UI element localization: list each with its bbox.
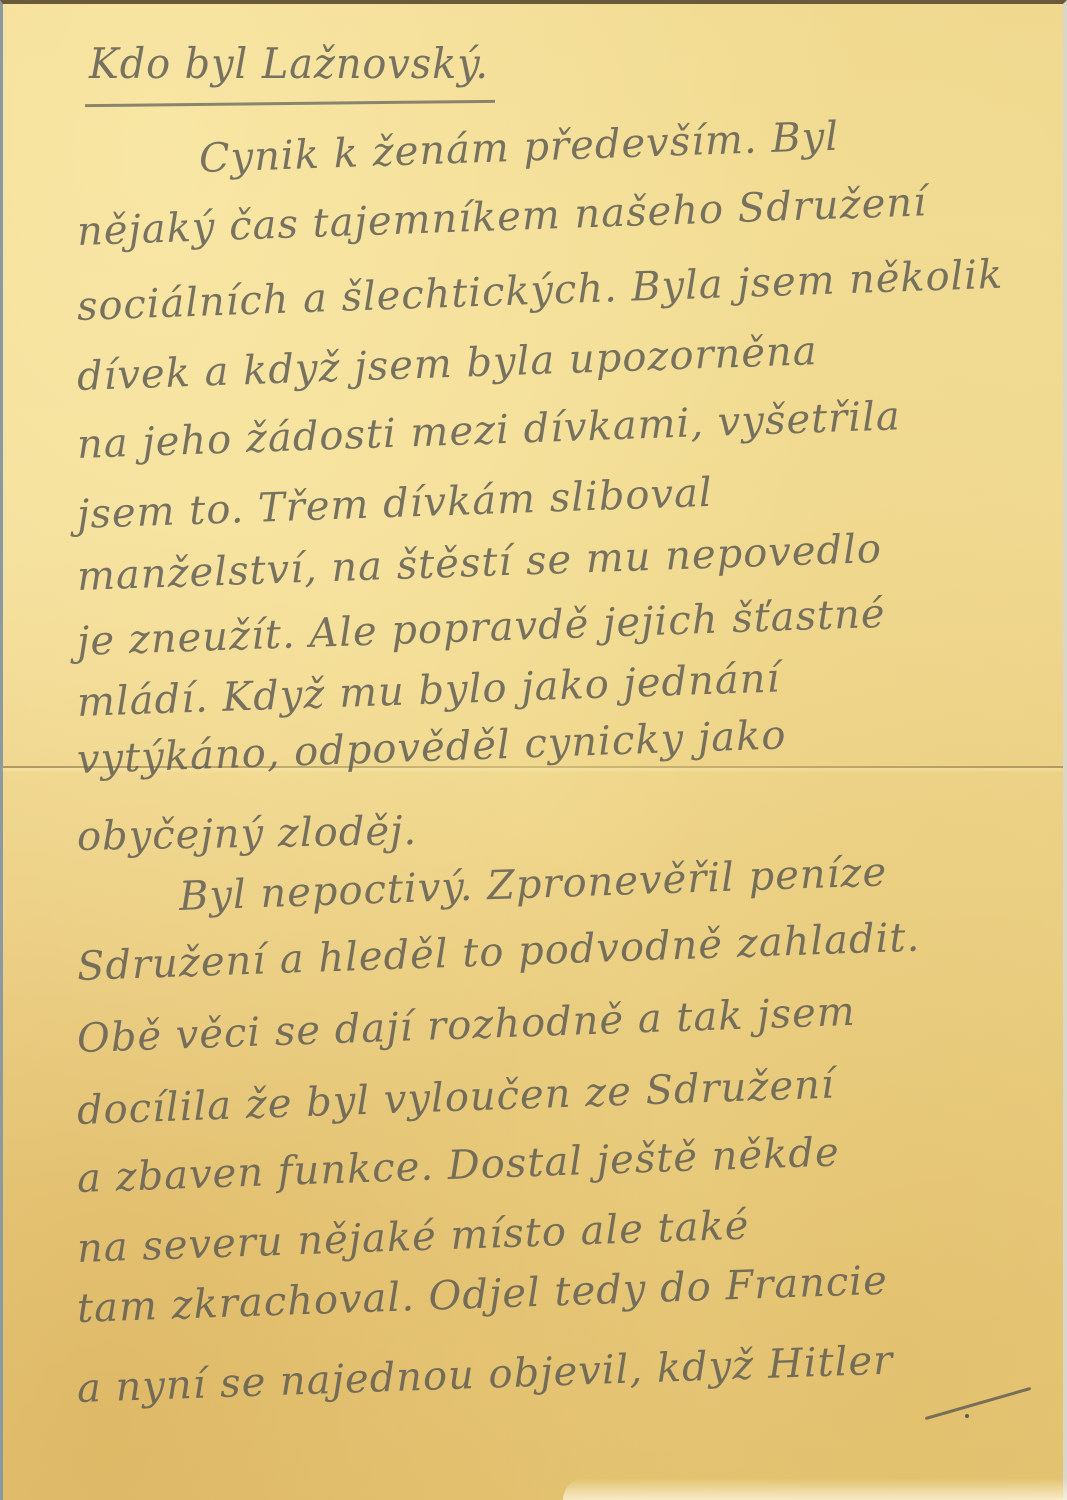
letter-line: vytýkáno, odpověděl cynicky jako (76, 712, 787, 783)
letter-line: tam zkrachoval. Odjel tedy do Francie (76, 1258, 888, 1332)
letter-line: na severu nějaké místo ale také (76, 1203, 750, 1272)
paper-edge-highlight (563, 1478, 1067, 1500)
letter-line: jsem to. Třem dívkám sliboval (76, 470, 713, 538)
letter-line: docílila že byl vyloučen ze Sdružení (76, 1062, 835, 1134)
letter-line: nějaký čas tajemníkem našeho Sdružení (76, 179, 927, 255)
letter-line: Sdružení a hleděl to podvodně zahladit. (76, 915, 921, 990)
letter-line: sociálních a šlechtických. Byla jsem něk… (76, 252, 1004, 330)
letter-line: obyčejný zloděj. (77, 808, 418, 860)
letter-line: Cynik k ženám především. Byl (198, 114, 840, 182)
letter-line: na jeho žádosti mezi dívkami, vyšetřila (76, 393, 901, 468)
letter-line: manželství, na štěstí se mu nepovedlo (76, 526, 883, 600)
letter-title: Kdo byl Lažnovský. (89, 39, 489, 88)
letter-line: Obě věci se dají rozhodně a tak jsem (76, 989, 856, 1062)
letter-page: Kdo byl Lažnovský. Cynik k ženám předevš… (0, 0, 1067, 1500)
letter-line: dívek a když jsem byla upozorněna (76, 328, 818, 400)
closing-dot-mark (965, 1414, 969, 1418)
closing-dash-mark (925, 1387, 1032, 1420)
letter-line: a zbaven funkce. Dostal ještě někde (76, 1129, 840, 1202)
letter-line: Byl nepoctivý. Zpronevěřil peníze (178, 849, 888, 920)
title-underline (85, 100, 495, 107)
letter-line: je zneužít. Ale popravdě jejich šťastné (76, 591, 886, 665)
letter-line: a nyní se najednou objevil, když Hitler (76, 1338, 894, 1412)
